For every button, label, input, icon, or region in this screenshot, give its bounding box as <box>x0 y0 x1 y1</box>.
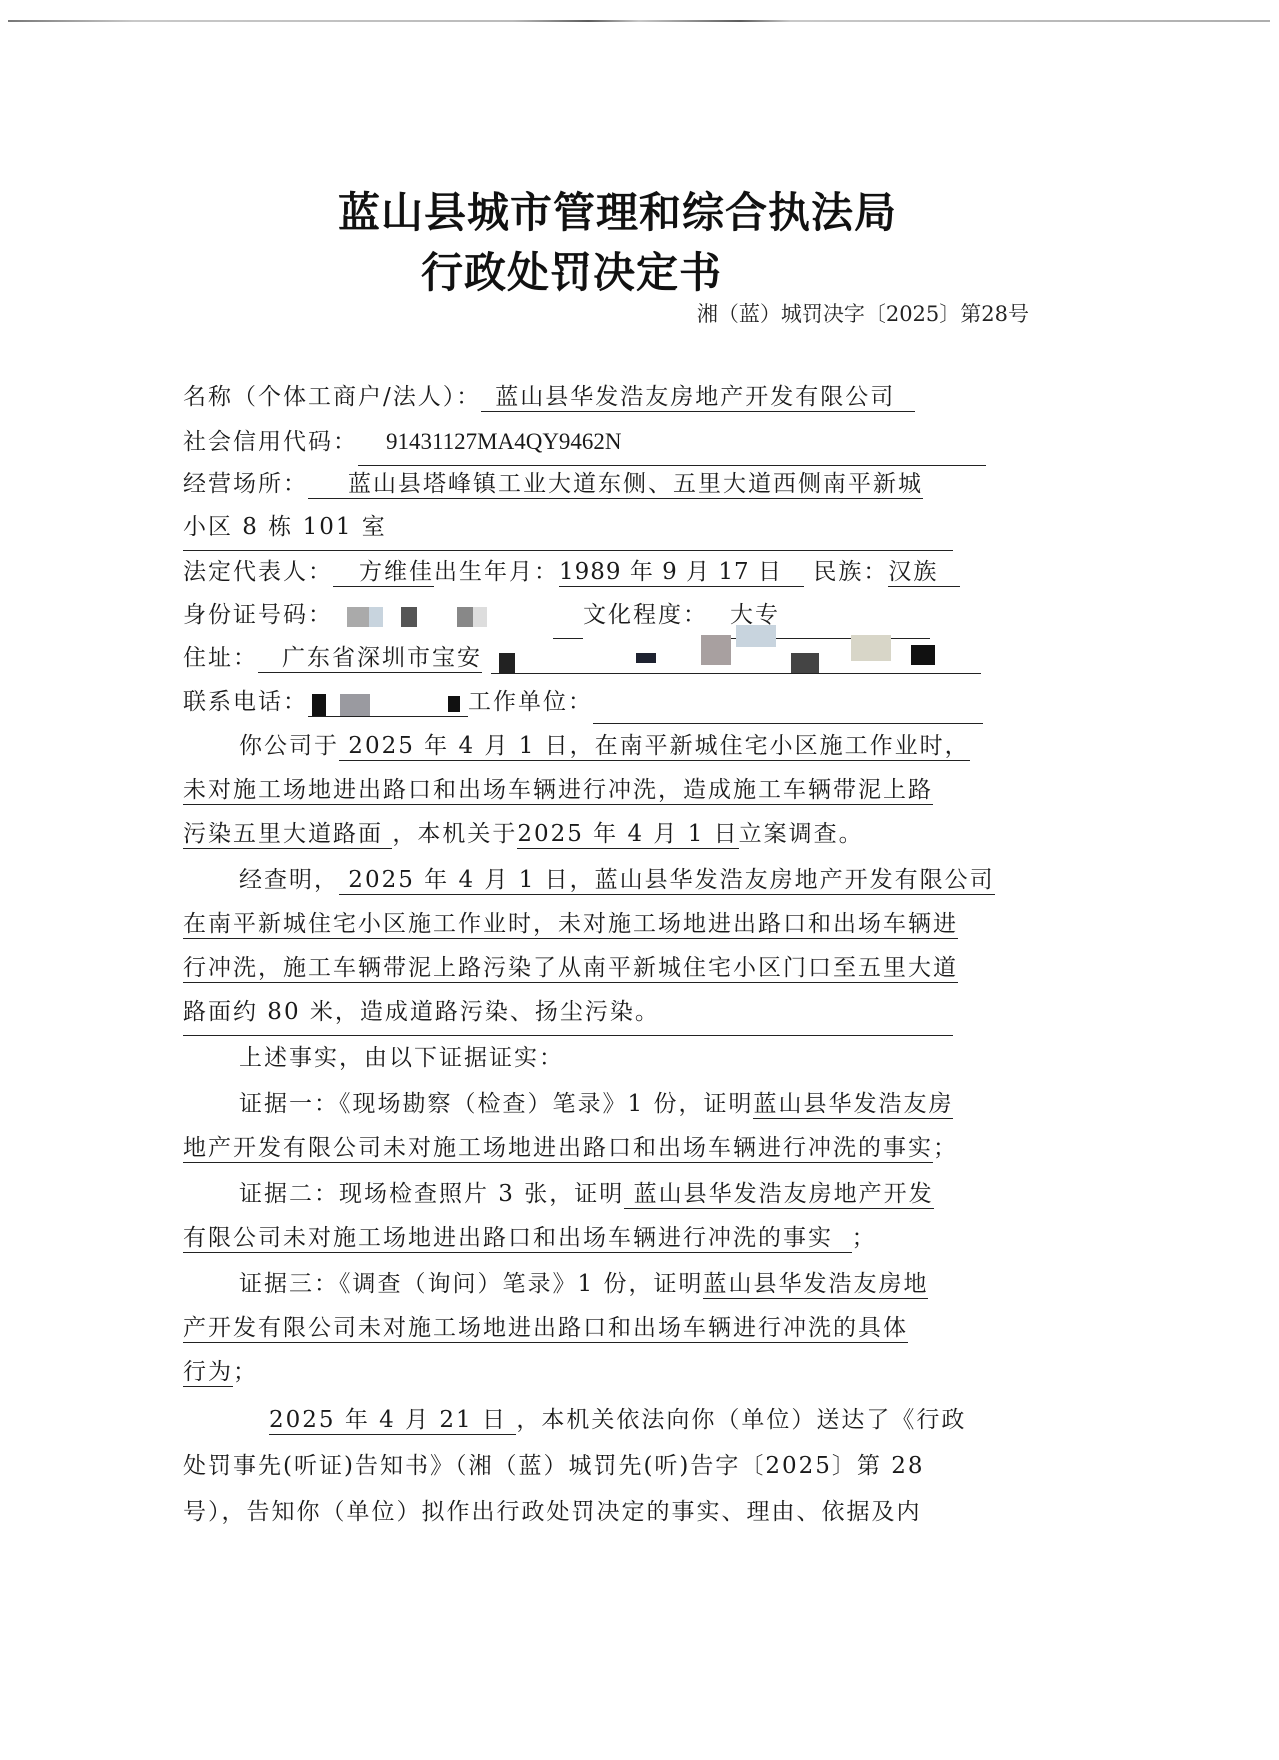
legal-rep-row: 法定代表人：方维佳出生年月：1989 年 9 月 17 日 民族：汉族 <box>183 550 1053 594</box>
evidence3-line1: 证据三：《调查（询问）笔录》1 份，证明蓝山县华发浩友房地 <box>183 1262 1109 1306</box>
case-filed-date: 2025 年 4 月 1 日 <box>517 821 738 849</box>
para2-line4: 路面约 80 米，造成道路污染、扬尘污染。 <box>183 990 1053 1034</box>
text: 路面约 80 米，造成道路污染、扬尘污染。 <box>183 990 953 1036</box>
text: 立案调查。 <box>739 821 864 847</box>
text: 经查明， <box>239 867 339 893</box>
business-place-value-2: 小区 8 栋 101 室 <box>183 505 953 551</box>
label: 民族： <box>813 559 888 585</box>
text: 上述事实，由以下证据证实： <box>239 1045 564 1071</box>
label: 名称（个体工商户/法人）： <box>183 384 481 410</box>
text: 在南平新城住宅小区施工作业时，未对施工场地进出路口和出场车辆进 <box>183 911 958 939</box>
scan-edge-line <box>8 20 1270 22</box>
notice-date: 2025 年 4 月 21 日 <box>269 1407 516 1435</box>
text: 行冲洗，施工车辆带泥上路污染了从南平新城住宅小区门口至五里大道 <box>183 955 958 983</box>
birth-value: 1989 年 9 月 17 日 <box>559 559 804 587</box>
evidence3-line2: 产开发有限公司未对施工场地进出路口和出场车辆进行冲洗的具体 <box>183 1306 1053 1350</box>
text: 证据三：《调查（询问）笔录》1 份，证明 <box>239 1271 703 1297</box>
para2-line2: 在南平新城住宅小区施工作业时，未对施工场地进出路口和出场车辆进 <box>183 902 1053 946</box>
para1-line1: 你公司于 2025 年 4 月 1 日，在南平新城住宅小区施工作业时， <box>183 724 1109 768</box>
work-unit-value <box>593 693 983 724</box>
text: 产开发有限公司未对施工场地进出路口和出场车辆进行冲洗的具体 <box>183 1315 908 1343</box>
label: 出生年月： <box>434 559 559 585</box>
label: 社会信用代码： <box>183 429 358 455</box>
text: 证据二：现场检查照片 3 张，证明 <box>239 1181 624 1207</box>
phone-redacted <box>308 690 468 717</box>
label: 工作单位： <box>468 689 593 715</box>
evidence-intro: 上述事实，由以下证据证实： <box>183 1036 1109 1080</box>
text: 你公司于 <box>239 733 339 759</box>
label: 经营场所： <box>183 471 308 497</box>
business-place-row: 经营场所：蓝山县塔峰镇工业大道东侧、五里大道西侧南平新城 <box>183 462 1053 506</box>
evidence2-line1: 证据二：现场检查照片 3 张，证明 蓝山县华发浩友房地产开发 <box>183 1172 1109 1216</box>
party-name-row: 名称（个体工商户/法人）：蓝山县华发浩友房地产开发有限公司 <box>183 375 1053 419</box>
address-redacted <box>491 645 981 674</box>
para4-line2: 处罚事先(听证)告知书》（湘（蓝）城罚先(听)告字〔2025〕第 28 <box>183 1444 1053 1488</box>
credit-code-value: 91431127MA4QY9462N <box>358 420 986 466</box>
label: 联系电话： <box>183 689 308 715</box>
text: ，本机关依法向你（单位）送达了《行政 <box>516 1407 966 1433</box>
text: 有限公司未对施工场地进出路口和出场车辆进行冲洗的事实 <box>183 1225 852 1253</box>
party-name-value: 蓝山县华发浩友房地产开发有限公司 <box>481 384 915 412</box>
evidence1-line1: 证据一：《现场勘察（检查）笔录》1 份，证明蓝山县华发浩友房 <box>183 1082 1109 1126</box>
ethnic-value: 汉族 <box>888 559 960 587</box>
text: ； <box>852 1225 877 1251</box>
evidence2-line2: 有限公司未对施工场地进出路口和出场车辆进行冲洗的事实 ； <box>183 1216 1053 1260</box>
para2-line3: 行冲洗，施工车辆带泥上路污染了从南平新城住宅小区门口至五里大道 <box>183 946 1053 990</box>
business-place-row-2: 小区 8 栋 101 室 <box>183 505 1053 549</box>
text: 行为 <box>183 1359 233 1387</box>
text: 蓝山县华发浩友房 <box>753 1091 953 1119</box>
text: 2025 年 4 月 1 日，蓝山县华发浩友房地产开发有限公司 <box>339 867 995 895</box>
text: 污染五里大道路面 <box>183 821 392 849</box>
text: 号），告知你（单位）拟作出行政处罚决定的事实、理由、依据及内 <box>183 1499 922 1525</box>
text: 蓝山县华发浩友房地产开发 <box>624 1181 933 1209</box>
legal-rep-value: 方维佳 <box>333 559 434 587</box>
text: ，本机关于 <box>392 821 517 847</box>
text: 未对施工场地进出路口和出场车辆进行冲洗，造成施工车辆带泥上路 <box>183 777 933 805</box>
text: 蓝山县华发浩友房地 <box>703 1271 928 1299</box>
incident-date-place: 2025 年 4 月 1 日，在南平新城住宅小区施工作业时， <box>339 733 970 761</box>
text: 地产开发有限公司未对施工场地进出路口和出场车辆进行冲洗的事实 <box>183 1135 933 1163</box>
business-place-value: 蓝山县塔峰镇工业大道东侧、五里大道西侧南平新城 <box>308 471 923 499</box>
address-row: 住址：广东省深圳市宝安 <box>183 636 1053 680</box>
id-number-row: 身份证号码： 文化程度：大专 <box>183 593 1053 637</box>
para1-line3: 污染五里大道路面 ，本机关于2025 年 4 月 1 日立案调查。 <box>183 812 1053 856</box>
credit-code-row: 社会信用代码：91431127MA4QY9462N <box>183 420 1053 464</box>
text: 处罚事先(听证)告知书》（湘（蓝）城罚先(听)告字〔2025〕第 28 <box>183 1453 925 1479</box>
label: 住址： <box>183 645 258 671</box>
para1-line2: 未对施工场地进出路口和出场车辆进行冲洗，造成施工车辆带泥上路 <box>183 768 1053 812</box>
evidence1-line2: 地产开发有限公司未对施工场地进出路口和出场车辆进行冲洗的事实； <box>183 1126 1053 1170</box>
para2-line1: 经查明， 2025 年 4 月 1 日，蓝山县华发浩友房地产开发有限公司 <box>183 858 1109 902</box>
text: 证据一：《现场勘察（检查）笔录》1 份，证明 <box>239 1091 753 1117</box>
org-title: 蓝山县城市管理和综合执法局 <box>0 180 1257 240</box>
evidence3-line3: 行为； <box>183 1350 1053 1394</box>
phone-row: 联系电话： 工作单位： <box>183 680 1053 724</box>
doc-type-title: 行政处罚决定书 <box>0 240 1211 300</box>
label: 文化程度： <box>583 602 708 628</box>
label: 法定代表人： <box>183 559 333 585</box>
text: ； <box>233 1359 258 1385</box>
label: 身份证号码： <box>183 602 333 628</box>
id-number-redacted <box>333 594 553 638</box>
para4-line3: 号），告知你（单位）拟作出行政处罚决定的事实、理由、依据及内 <box>183 1490 1053 1534</box>
para4-line1: 2025 年 4 月 21 日 ，本机关依法向你（单位）送达了《行政 <box>183 1398 1139 1442</box>
text: ； <box>933 1135 958 1161</box>
address-value: 广东省深圳市宝安 <box>258 645 482 673</box>
doc-number: 湘（蓝）城罚决字〔2025〕第28号 <box>697 298 1029 328</box>
